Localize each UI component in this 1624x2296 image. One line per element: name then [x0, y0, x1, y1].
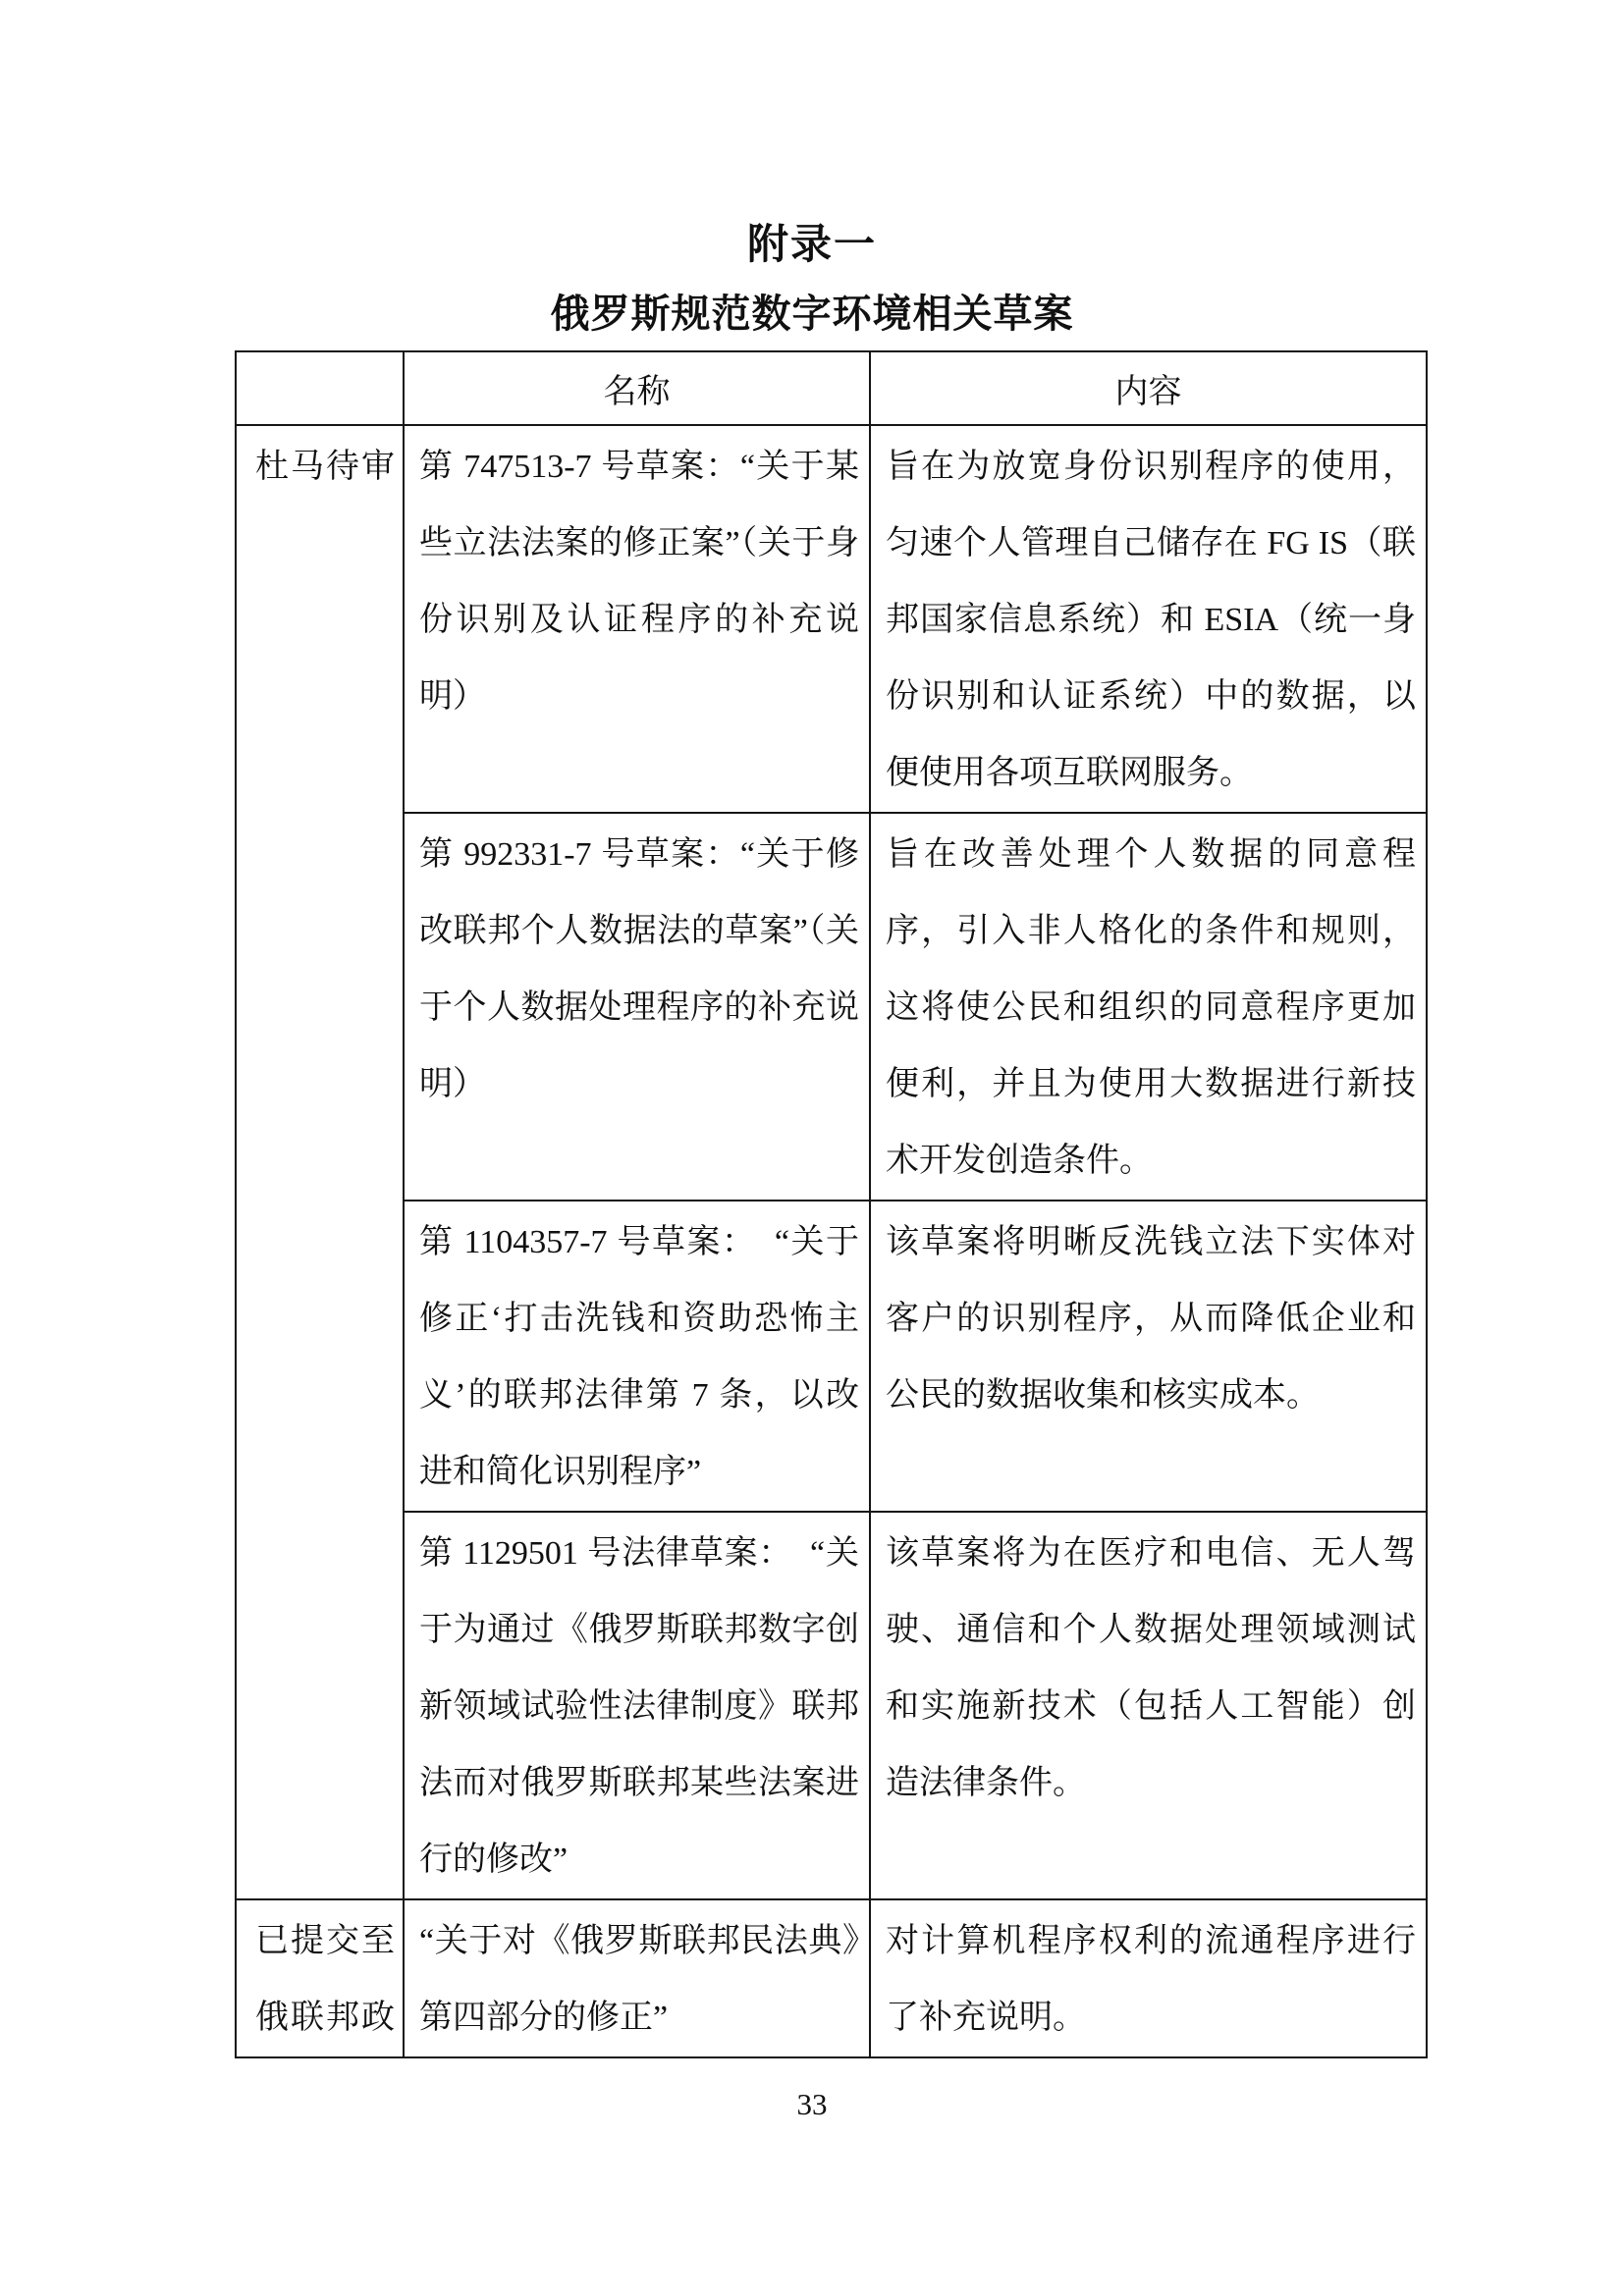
header-name: 名称 — [404, 351, 870, 425]
header-content: 内容 — [870, 351, 1427, 425]
draft-content-cell: 旨在为放宽身份识别程序的使用，匀速个人管理自己储存在 FG IS（联邦国家信息系… — [870, 425, 1427, 813]
table-row: 杜马待审 第 747513-7 号草案：“关于某些立法法案的修正案”（关于身份识… — [236, 425, 1427, 813]
document-page: 附录一 俄罗斯规范数字环境相关草案 名称 内容 杜马待审 第 747513-7 … — [0, 0, 1624, 2296]
draft-name-cell: “关于对《俄罗斯联邦民法典》第四部分的修正” — [404, 1899, 870, 2057]
category-cell-duma: 杜马待审 — [236, 425, 404, 1899]
draft-name-cell: 第 1129501 号法律草案： “关于为通过《俄罗斯联邦数字创新领域试验性法律… — [404, 1512, 870, 1899]
draft-content-cell: 旨在改善处理个人数据的同意程序，引入非人格化的条件和规则，这将使公民和组织的同意… — [870, 813, 1427, 1201]
table-row: 第 1129501 号法律草案： “关于为通过《俄罗斯联邦数字创新领域试验性法律… — [236, 1512, 1427, 1899]
draft-name-cell: 第 747513-7 号草案：“关于某些立法法案的修正案”（关于身份识别及认证程… — [404, 425, 870, 813]
table-row: 第 992331-7 号草案：“关于修改联邦个人数据法的草案”（关于个人数据处理… — [236, 813, 1427, 1201]
draft-name-cell: 第 992331-7 号草案：“关于修改联邦个人数据法的草案”（关于个人数据处理… — [404, 813, 870, 1201]
category-cell-submitted: 已提交至 俄联邦政 — [236, 1899, 404, 2057]
draft-content-cell: 该草案将明晰反洗钱立法下实体对客户的识别程序，从而降低企业和公民的数据收集和核实… — [870, 1201, 1427, 1512]
draft-content-cell: 该草案将为在医疗和电信、无人驾驶、通信和个人数据处理领域测试和实施新技术（包括人… — [870, 1512, 1427, 1899]
drafts-table: 名称 内容 杜马待审 第 747513-7 号草案：“关于某些立法法案的修正案”… — [235, 350, 1428, 2058]
appendix-title: 附录一 — [0, 222, 1624, 269]
draft-name-cell: 第 1104357-7 号草案： “关于修正‘打击洗钱和资助恐怖主义’的联邦法律… — [404, 1201, 870, 1512]
draft-content-cell: 对计算机程序权利的流通程序进行了补充说明。 — [870, 1899, 1427, 2057]
page-number: 33 — [0, 2087, 1624, 2122]
appendix-subtitle: 俄罗斯规范数字环境相关草案 — [0, 292, 1624, 337]
table-header-row: 名称 内容 — [236, 351, 1427, 425]
table-row: 第 1104357-7 号草案： “关于修正‘打击洗钱和资助恐怖主义’的联邦法律… — [236, 1201, 1427, 1512]
header-category — [236, 351, 404, 425]
table-row: 已提交至 俄联邦政 “关于对《俄罗斯联邦民法典》第四部分的修正” 对计算机程序权… — [236, 1899, 1427, 2057]
